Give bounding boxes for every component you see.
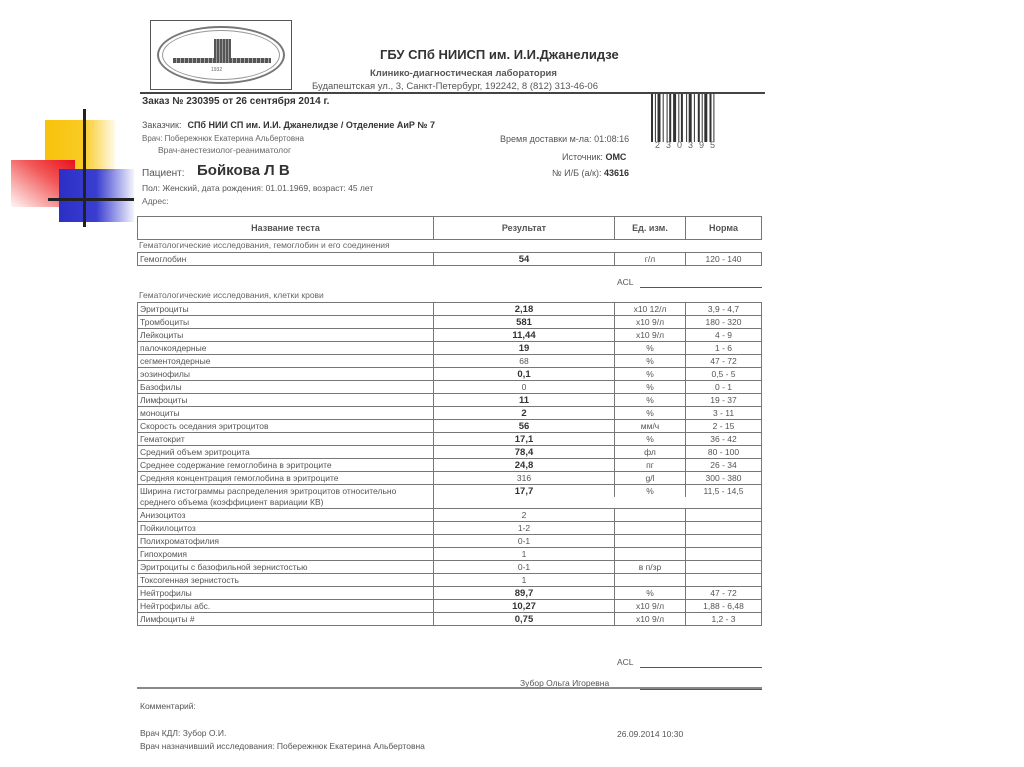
report-datetime: 26.09.2014 10:30 <box>617 729 683 739</box>
norm-cell <box>686 522 761 534</box>
norm-cell: 26 - 34 <box>686 459 761 471</box>
delivery-time-label: Время доставки м-ла: <box>500 134 592 144</box>
result-cell: 0-1 <box>434 561 615 573</box>
barcode-icon <box>651 94 741 142</box>
norm-cell: 1 - 6 <box>686 342 761 354</box>
result-cell: 0,75 <box>434 613 615 625</box>
table-row: Лейкоциты11,44x10 9/л4 - 9 <box>138 329 761 342</box>
unit-cell: % <box>615 394 686 406</box>
result-cell: 17,7 <box>434 485 615 497</box>
footer-divider <box>137 687 762 689</box>
norm-cell: 80 - 100 <box>686 446 761 458</box>
table-row: Токсогенная зернистость1 <box>138 574 761 587</box>
norm-cell: 3,9 - 4,7 <box>686 303 761 315</box>
table-row: Гипохромия1 <box>138 548 761 561</box>
table-row: моноциты2%3 - 11 <box>138 407 761 420</box>
test-name-cell: Средний объем эритроцита <box>138 446 434 458</box>
norm-cell: 1,88 - 6,48 <box>686 600 761 612</box>
doctor-title: Врач-анестезиолог-реаниматолог <box>158 145 291 155</box>
unit-cell: фл <box>615 446 686 458</box>
source-value: ОМС <box>605 152 626 162</box>
source: Источник: ОМС <box>562 152 626 162</box>
result-cell: 11,44 <box>434 329 615 341</box>
acl-signature-line-bottom <box>640 667 762 668</box>
test-name-cell: Пойкилоцитоз <box>138 522 434 534</box>
table-row: Средняя концентрация гемоглобина в эритр… <box>138 472 761 485</box>
unit-cell <box>615 548 686 560</box>
norm-cell: 47 - 72 <box>686 587 761 599</box>
unit-cell: % <box>615 407 686 419</box>
result-cell: 0,1 <box>434 368 615 380</box>
result-cell: 68 <box>434 355 615 367</box>
norm-cell: 3 - 11 <box>686 407 761 419</box>
results-table-hemoglobin: Гемоглобин54г/л120 - 140 <box>137 252 762 266</box>
unit-cell: пг <box>615 459 686 471</box>
result-cell: 78,4 <box>434 446 615 458</box>
table-row: Нейтрофилы89,7%47 - 72 <box>138 587 761 600</box>
unit-cell: % <box>615 342 686 354</box>
unit-cell: в п/зр <box>615 561 686 573</box>
norm-cell: 36 - 42 <box>686 433 761 445</box>
lab-report-document: 1932 ГБУ СПб НИИСП им. И.И.Джанелидзе Кл… <box>0 0 1024 767</box>
table-row: Лимфоциты #0,75x10 9/л1,2 - 3 <box>138 613 761 626</box>
result-cell: 316 <box>434 472 615 484</box>
norm-cell: 0 - 1 <box>686 381 761 393</box>
unit-cell <box>615 535 686 547</box>
header-unit: Ед. изм. <box>615 217 686 239</box>
norm-cell: 0,5 - 5 <box>686 368 761 380</box>
header-test-name: Название теста <box>138 217 434 239</box>
delivery-time: Время доставки м-ла: 01:08:16 <box>500 134 629 144</box>
test-name-cell: Средняя концентрация гемоглобина в эритр… <box>138 472 434 484</box>
table-row: Нейтрофилы абс.10,27x10 9/л1,88 - 6,48 <box>138 600 761 613</box>
norm-cell: 47 - 72 <box>686 355 761 367</box>
unit-cell: % <box>615 381 686 393</box>
test-name-cell: Эритроциты с базофильной зернистостью <box>138 561 434 573</box>
comment-label: Комментарий: <box>140 701 196 711</box>
unit-cell: мм/ч <box>615 420 686 432</box>
unit-cell: x10 9/л <box>615 316 686 328</box>
acl-signature-line <box>640 287 762 288</box>
table-row: Скорость оседания эритроцитов56мм/ч2 - 1… <box>138 420 761 433</box>
test-name-cell: Лимфоциты <box>138 394 434 406</box>
results-table-header: Название теста Результат Ед. изм. Норма <box>137 216 762 240</box>
table-row: сегментоядерные68%47 - 72 <box>138 355 761 368</box>
test-name-cell: сегментоядерные <box>138 355 434 367</box>
unit-cell: % <box>615 485 686 497</box>
patient-demographics: Пол: Женский, дата рождения: 01.01.1969,… <box>142 183 373 193</box>
result-cell: 17,1 <box>434 433 615 445</box>
table-row: Гематокрит17,1%36 - 42 <box>138 433 761 446</box>
header-norm: Норма <box>686 217 761 239</box>
table-row: Среднее содержание гемоглобина в эритроц… <box>138 459 761 472</box>
test-name-cell: Анизоцитоз <box>138 509 434 521</box>
unit-cell: % <box>615 587 686 599</box>
unit-cell: x10 9/л <box>615 329 686 341</box>
result-cell: 24,8 <box>434 459 615 471</box>
doctor: Врач: Побережнюк Екатерина Альбертовна <box>142 134 304 143</box>
unit-cell: x10 12/л <box>615 303 686 315</box>
patient-label: Пациент: <box>142 168 185 179</box>
norm-cell <box>686 574 761 586</box>
order-title: Заказ № 230395 от 26 сентября 2014 г. <box>142 96 329 107</box>
table-row: Тромбоциты581x10 9/л180 - 320 <box>138 316 761 329</box>
table-row: эозинофилы0,1%0,5 - 5 <box>138 368 761 381</box>
table-row: Анизоцитоз2 <box>138 509 761 522</box>
test-name-cell: моноциты <box>138 407 434 419</box>
unit-cell: г/л <box>615 253 686 265</box>
customer-label: Заказчик: <box>142 120 181 130</box>
unit-cell <box>615 509 686 521</box>
unit-cell: % <box>615 368 686 380</box>
unit-cell: % <box>615 433 686 445</box>
institute-logo: 1932 <box>150 20 292 90</box>
result-cell: 56 <box>434 420 615 432</box>
result-cell: 19 <box>434 342 615 354</box>
test-name-cell: Гипохромия <box>138 548 434 560</box>
test-name-cell: Тромбоциты <box>138 316 434 328</box>
norm-cell: 300 - 380 <box>686 472 761 484</box>
kdl-doctor: Врач КДЛ: Зубор О.И. <box>140 728 226 738</box>
case-number: № И/Б (а/к): 43616 <box>552 168 629 178</box>
unit-cell: g/l <box>615 472 686 484</box>
test-name-cell: Базофилы <box>138 381 434 393</box>
norm-cell: 180 - 320 <box>686 316 761 328</box>
test-name-cell: Нейтрофилы абс. <box>138 600 434 612</box>
norm-cell: 1,2 - 3 <box>686 613 761 625</box>
source-label: Источник: <box>562 152 603 162</box>
patient-name: Бойкова Л В <box>197 162 290 179</box>
table-row: Эритроциты2,18x10 12/л3,9 - 4,7 <box>138 303 761 316</box>
test-name-cell: Скорость оседания эритроцитов <box>138 420 434 432</box>
customer: Заказчик:СПб НИИ СП им. И.И. Джанелидзе … <box>142 120 435 130</box>
test-name-cell: Лимфоциты # <box>138 613 434 625</box>
table-row: Гемоглобин54г/л120 - 140 <box>138 253 761 266</box>
test-name-cell: Гемоглобин <box>138 253 434 265</box>
result-cell: 2 <box>434 509 615 521</box>
norm-cell: 11,5 - 14,5 <box>686 485 761 497</box>
result-cell: 89,7 <box>434 587 615 599</box>
table-row: Средний объем эритроцита78,4фл80 - 100 <box>138 446 761 459</box>
result-cell: 2,18 <box>434 303 615 315</box>
case-number-value: 43616 <box>604 168 629 178</box>
test-name-cell: Токсогенная зернистость <box>138 574 434 586</box>
test-name-cell: Ширина гистограммы распределения эритроц… <box>138 485 434 508</box>
table-row: Базофилы0%0 - 1 <box>138 381 761 394</box>
table-row: Лимфоциты11%19 - 37 <box>138 394 761 407</box>
table-row: Ширина гистограммы распределения эритроц… <box>138 485 761 509</box>
norm-cell <box>686 561 761 573</box>
table-row: Эритроциты с базофильной зернистостью0-1… <box>138 561 761 574</box>
laboratory-name: Клинико-диагностическая лаборатория <box>370 68 557 79</box>
result-cell: 581 <box>434 316 615 328</box>
norm-cell <box>686 535 761 547</box>
test-name-cell: Среднее содержание гемоглобина в эритроц… <box>138 459 434 471</box>
norm-cell: 4 - 9 <box>686 329 761 341</box>
table-row: палочкоядерные19%1 - 6 <box>138 342 761 355</box>
test-name-cell: Нейтрофилы <box>138 587 434 599</box>
delivery-time-value: 01:08:16 <box>594 134 629 144</box>
unit-cell <box>615 574 686 586</box>
result-cell: 54 <box>434 253 615 265</box>
result-cell: 10,27 <box>434 600 615 612</box>
table-row: Пойкилоцитоз1-2 <box>138 522 761 535</box>
unit-cell: x10 9/л <box>615 613 686 625</box>
customer-value: СПб НИИ СП им. И.И. Джанелидзе / Отделен… <box>187 120 435 130</box>
norm-cell: 2 - 15 <box>686 420 761 432</box>
unit-cell: % <box>615 355 686 367</box>
result-cell: 2 <box>434 407 615 419</box>
section-title-blood-cells: Гематологические исследования, клетки кр… <box>139 290 324 300</box>
laboratory-address: Будапештская ул., 3, Санкт-Петербург, 19… <box>312 81 598 92</box>
header-result: Результат <box>434 217 615 239</box>
patient-address-label: Адрес: <box>142 196 169 206</box>
section-title-hemoglobin: Гематологические исследования, гемоглоби… <box>139 240 390 250</box>
organization-name: ГБУ СПб НИИСП им. И.И.Джанелидзе <box>380 47 619 62</box>
logo-year: 1932 <box>211 67 222 73</box>
case-number-label: № И/Б (а/к): <box>552 168 601 178</box>
result-cell: 1-2 <box>434 522 615 534</box>
norm-cell: 120 - 140 <box>686 253 761 265</box>
barcode-number: 230395 <box>655 140 721 150</box>
result-cell: 1 <box>434 548 615 560</box>
acl-label: ACL <box>617 277 634 287</box>
norm-cell <box>686 548 761 560</box>
assigning-doctor: Врач назначивший исследования: Побережню… <box>140 741 425 751</box>
unit-cell <box>615 522 686 534</box>
unit-cell: x10 9/л <box>615 600 686 612</box>
norm-cell <box>686 509 761 521</box>
table-row: Полихроматофилия0-1 <box>138 535 761 548</box>
result-cell: 11 <box>434 394 615 406</box>
acl-label-bottom: ACL <box>617 657 634 667</box>
building-icon <box>214 39 231 63</box>
test-name-cell: Эритроциты <box>138 303 434 315</box>
result-cell: 0 <box>434 381 615 393</box>
results-table-blood-cells: Эритроциты2,18x10 12/л3,9 - 4,7Тромбоцит… <box>137 302 762 626</box>
norm-cell: 19 - 37 <box>686 394 761 406</box>
result-cell: 1 <box>434 574 615 586</box>
test-name-cell: эозинофилы <box>138 368 434 380</box>
test-name-cell: Гематокрит <box>138 433 434 445</box>
test-name-cell: палочкоядерные <box>138 342 434 354</box>
result-cell: 0-1 <box>434 535 615 547</box>
test-name-cell: Полихроматофилия <box>138 535 434 547</box>
test-name-cell: Лейкоциты <box>138 329 434 341</box>
